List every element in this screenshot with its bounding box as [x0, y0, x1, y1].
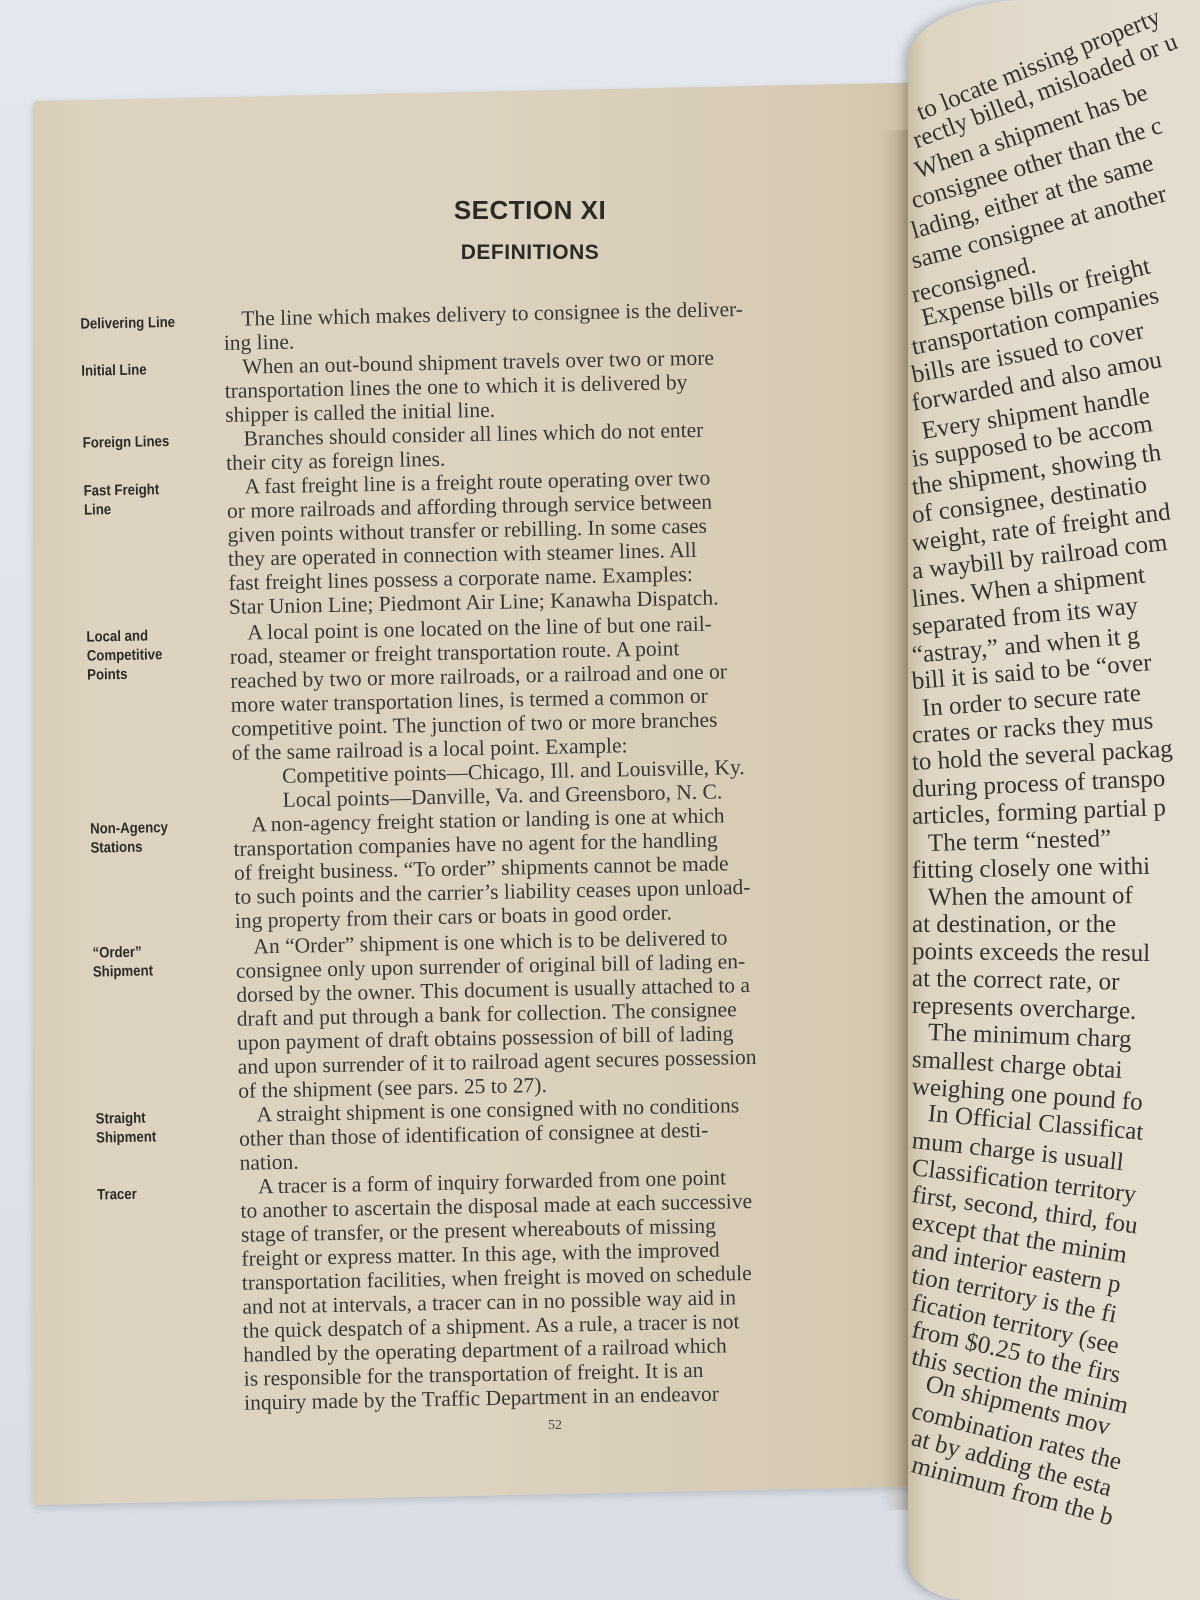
term-line: Shipment	[96, 1126, 211, 1147]
term-line: Stations	[90, 836, 205, 857]
term-straight-shipment: Straight Shipment	[96, 1107, 211, 1147]
term-initial-line: Initial Line	[81, 359, 196, 380]
term-line: Points	[87, 663, 202, 684]
term-line: Local and	[86, 625, 201, 646]
term-non-agency-stations: Non-Agency Stations	[90, 817, 205, 857]
term-tracer: Tracer	[97, 1183, 212, 1204]
term-line: Competitive	[87, 644, 202, 665]
right-page-line: When the amount of	[928, 882, 1133, 912]
page-number: 52	[548, 1418, 562, 1434]
right-page: to locate missing property rectly billed…	[908, 0, 1200, 1600]
term-line: Straight	[96, 1107, 211, 1128]
term-fast-freight-line: Fast Freight Line	[83, 479, 198, 519]
term-line: Fast Freight	[83, 479, 198, 500]
term-local-competitive-points: Local and Competitive Points	[86, 625, 201, 684]
term-order-shipment: “Order” Shipment	[92, 941, 207, 981]
term-line: Shipment	[93, 960, 208, 981]
definitions-list: Delivering Line The line which makes del…	[0, 0, 925, 1600]
term-foreign-lines: Foreign Lines	[83, 431, 198, 452]
right-page-line: points exceeds the resul	[912, 938, 1150, 968]
right-page-line: at destination, or the	[912, 911, 1116, 939]
term-line: Non-Agency	[90, 817, 205, 838]
right-page-line: fitting closely one withi	[912, 853, 1151, 885]
term-delivering-line: Delivering Line	[80, 312, 195, 333]
term-line: Line	[84, 498, 199, 519]
term-line: “Order”	[92, 941, 207, 962]
